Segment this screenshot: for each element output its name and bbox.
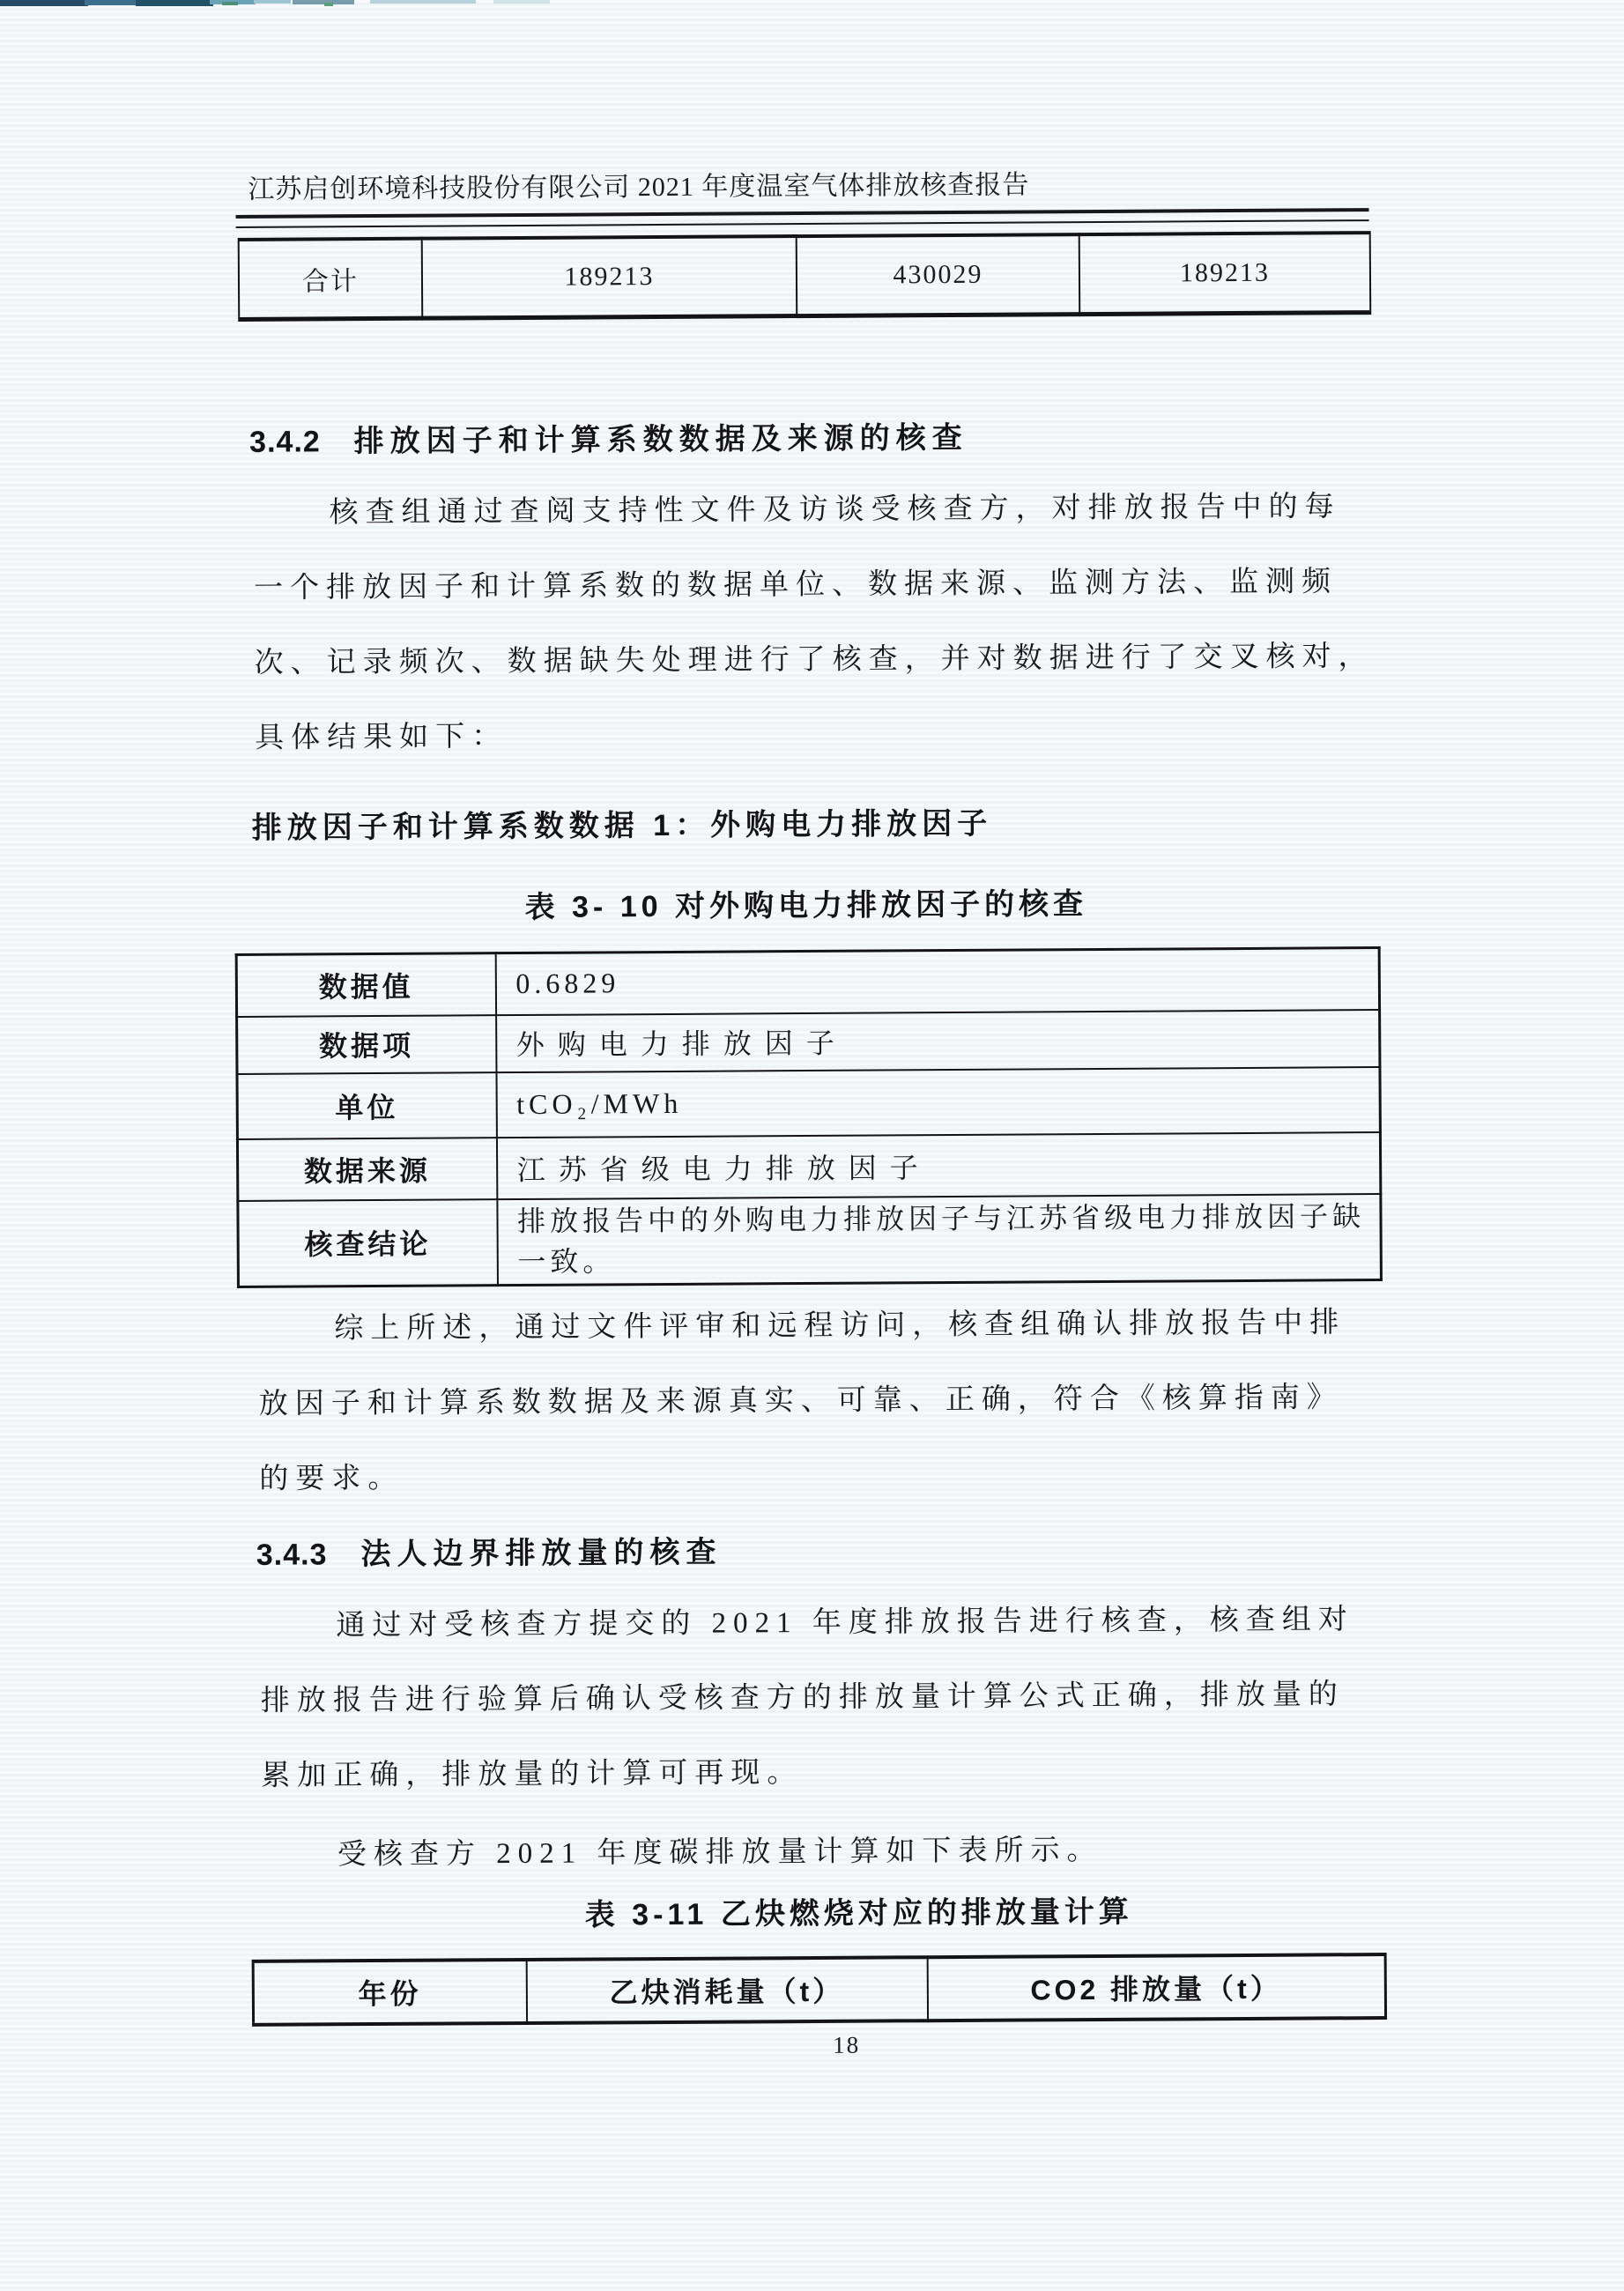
header-rule	[236, 208, 1369, 228]
row-value: 排放报告中的外购电力排放因子与江苏省级电力排放因子缺一致。	[497, 1194, 1382, 1286]
row-value: 外购电力排放因子	[496, 1010, 1380, 1072]
paragraph-line: 受核查方 2021 年度碳排放量计算如下表所示。	[262, 1812, 1383, 1894]
scan-artifact-mark	[0, 0, 88, 6]
page-number: 18	[241, 2028, 1384, 2063]
column-header-co2: CO2 排放量（t）	[927, 1954, 1385, 2020]
paragraph-line: 一个排放因子和计算系数的数据单位、数据来源、监测方法、监测频	[254, 545, 1376, 627]
table-row: 数据值 0.6829	[236, 948, 1379, 1017]
row-label: 数据项	[237, 1015, 496, 1074]
summary-total-table: 合计 189213 430029 189213	[238, 231, 1372, 322]
page-header-title: 江苏启创环境科技股份有限公司 2021 年度温室气体排放核查报告	[248, 162, 1029, 205]
paragraph: 通过对受核查方提交的 2021 年度排放报告进行核查，核查组对 排放报告进行验算…	[260, 1583, 1383, 1814]
paragraph: 受核查方 2021 年度碳排放量计算如下表所示。	[262, 1812, 1383, 1894]
row-value: 江苏省级电力排放因子	[496, 1132, 1380, 1199]
paragraph-line: 累加正确，排放量的计算可再现。	[261, 1732, 1383, 1814]
section-heading-3-4-2: 3.4.2排放因子和计算系数数据及来源的核查	[249, 413, 968, 461]
summary-total-value: 189213	[1079, 233, 1371, 315]
section-number: 3.4.2	[249, 425, 321, 458]
table-3-11: 年份 乙炔消耗量（t） CO2 排放量（t）	[252, 1953, 1387, 2027]
paragraph-line: 通过对受核查方提交的 2021 年度排放报告进行核查，核查组对	[260, 1583, 1382, 1664]
row-label: 数据值	[236, 953, 495, 1017]
table-3-10: 数据值 0.6829 数据项 外购电力排放因子 单位 tCO₂/MWh 数据来源…	[235, 946, 1383, 1288]
table-row: 合计 189213 430029 189213	[239, 233, 1371, 319]
row-value: tCO₂/MWh	[496, 1067, 1380, 1138]
paragraph-line: 综上所述，通过文件评审和远程访问，核查组确认排放报告中排	[258, 1286, 1380, 1368]
summary-total-value: 430029	[797, 234, 1080, 315]
row-label: 核查结论	[238, 1199, 498, 1287]
scan-artifact-mark	[85, 0, 139, 5]
paragraph-line: 核查组通过查阅支持性文件及访谈受核查方，对排放报告中的每	[253, 470, 1375, 552]
factor-subheading: 排放因子和计算系数数据 1：外购电力排放因子	[252, 799, 993, 847]
summary-total-label: 合计	[239, 239, 423, 320]
row-label: 数据来源	[237, 1138, 496, 1201]
table-row: 单位 tCO₂/MWh	[237, 1067, 1380, 1139]
table-3-10-caption: 表 3- 10 对外购电力排放因子的核查	[234, 878, 1377, 928]
section-title: 法人边界排放量的核查	[360, 1536, 722, 1572]
paragraph-line: 次、记录频次、数据缺失处理进行了核查，并对数据进行了交叉核对，	[254, 619, 1376, 701]
table-row: 数据项 外购电力排放因子	[237, 1010, 1380, 1074]
section-number: 3.4.3	[256, 1538, 328, 1571]
scan-artifact-mark	[136, 0, 213, 6]
paragraph-line: 放因子和计算系数数据及来源真实、可靠、正确，符合《核算指南》	[259, 1361, 1381, 1442]
page-content: 江苏启创环境科技股份有限公司 2021 年度温室气体排放核查报告 合计 1892…	[229, 0, 1389, 2291]
section-title: 排放因子和计算系数数据及来源的核查	[354, 421, 968, 458]
table-header-row: 年份 乙炔消耗量（t） CO2 排放量（t）	[253, 1954, 1385, 2025]
table-3-11-caption: 表 3-11 乙炔燃烧对应的排放量计算	[241, 1886, 1383, 1936]
column-header-year: 年份	[253, 1960, 526, 2025]
row-value: 0.6829	[495, 948, 1379, 1015]
table-row: 核查结论 排放报告中的外购电力排放因子与江苏省级电力排放因子缺一致。	[238, 1194, 1382, 1287]
paragraph-line: 排放报告进行验算后确认受核查方的排放量计算公式正确，排放量的	[261, 1657, 1383, 1739]
table-row: 数据来源 江苏省级电力排放因子	[237, 1132, 1380, 1201]
paragraph-line: 的要求。	[259, 1435, 1381, 1517]
paragraph-line: 具体结果如下：	[255, 694, 1376, 776]
column-header-acetylene: 乙炔消耗量（t）	[526, 1957, 927, 2023]
summary-total-value: 189213	[422, 236, 797, 318]
section-heading-3-4-3: 3.4.3法人边界排放量的核查	[256, 1528, 723, 1574]
document-page: 江苏启创环境科技股份有限公司 2021 年度温室气体排放核查报告 合计 1892…	[0, 0, 1624, 2291]
paragraph: 核查组通过查阅支持性文件及访谈受核查方，对排放报告中的每 一个排放因子和计算系数…	[253, 470, 1376, 776]
row-label: 单位	[237, 1072, 496, 1139]
paragraph: 综上所述，通过文件评审和远程访问，核查组确认排放报告中排 放因子和计算系数数据及…	[258, 1286, 1382, 1517]
